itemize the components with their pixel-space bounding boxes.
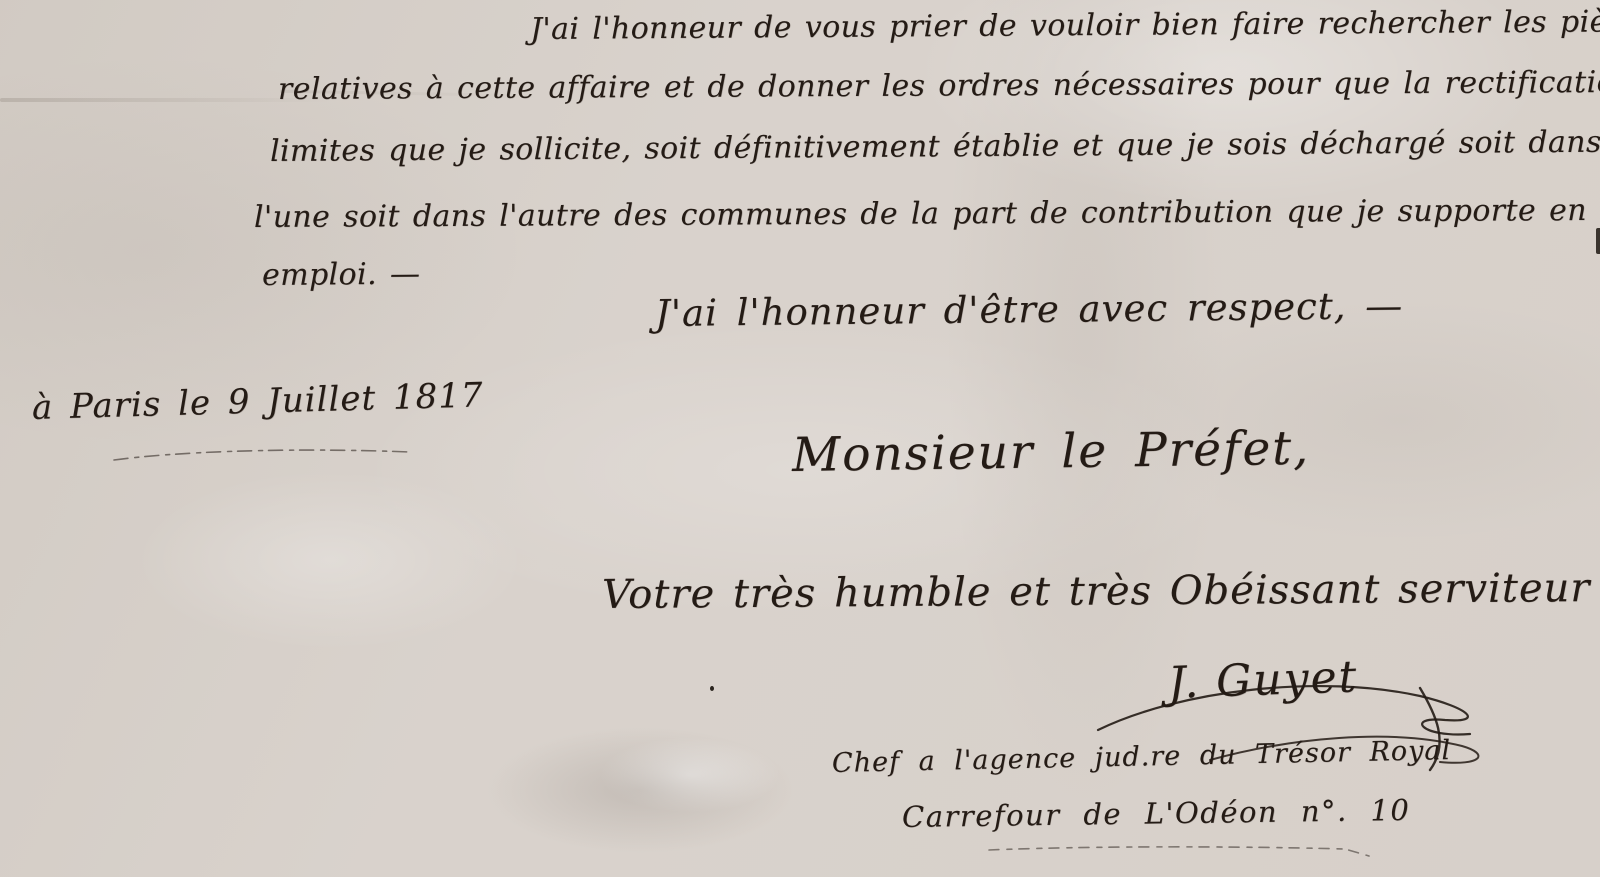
letter-body-line: J'ai l'honneur de vous prier de vouloir … — [530, 4, 1600, 47]
letter-salutation: Monsieur le Préfet, — [792, 421, 1311, 483]
ink-speck — [710, 686, 714, 691]
letter-body-line: l'une soit dans l'autre des communes de … — [254, 192, 1600, 235]
letter-body-line: relatives à cette affaire et de donner l… — [278, 65, 1600, 107]
letter-body-line: emploi. — — [262, 257, 421, 293]
signature: J. Guyet — [1167, 651, 1359, 709]
scan-edge-mark — [1596, 228, 1600, 254]
letter-valediction: Votre très humble et très Obéissant serv… — [602, 565, 1591, 618]
letter-closing-formula: J'ai l'honneur d'être avec respect, — — [655, 284, 1404, 335]
signer-address-line: Carrefour de L'Odéon n°. 10 — [902, 793, 1411, 834]
